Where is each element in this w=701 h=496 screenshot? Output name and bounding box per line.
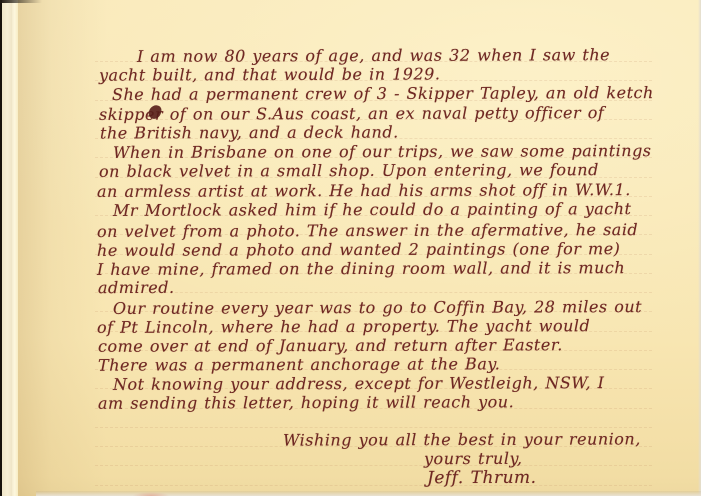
letter-line: I am now 80 years of age, and was 32 whe… <box>137 45 610 67</box>
letter-line: I have mine, framed on the dining room w… <box>97 258 625 280</box>
binding-fold-shadow <box>17 0 107 496</box>
letter-line: Wishing you all the best in your reunion… <box>283 429 641 450</box>
letter-line: Not knowing your address, except for Wes… <box>113 373 604 395</box>
page-stack-edge <box>2 0 12 496</box>
page-fold-highlight <box>12 0 18 496</box>
bottom-pink-smudge <box>128 491 174 496</box>
ruling-line <box>95 485 652 486</box>
letter-line: Jeff. Thrum. <box>427 468 537 488</box>
letter-line: on black velvet in a small shop. Upon en… <box>99 160 599 182</box>
letter-line: admired. <box>98 278 175 298</box>
scan-left-edge <box>0 0 2 496</box>
letter-line: yours truly, <box>424 449 522 469</box>
ruling-line <box>95 427 652 428</box>
letter-line: There was a permanent anchorage at the B… <box>98 354 500 375</box>
letter-line: yacht built, and that would be in 1929. <box>99 64 440 85</box>
letter-line: skipper of on our S.Aus coast, an ex nav… <box>99 103 604 125</box>
letter-line: She had a permanent crew of 3 - Skipper … <box>112 83 654 105</box>
ruling-line <box>95 465 652 466</box>
scan-top-edge <box>0 0 42 3</box>
letter-line: Mr Mortlock asked him if he could do a p… <box>113 199 632 221</box>
letter-line: am sending this letter, hoping it will r… <box>98 392 514 413</box>
letter-line: the British navy, and a deck hand. <box>100 122 399 143</box>
ruling-line <box>95 292 652 293</box>
scanned-letter-page: I am now 80 years of age, and was 32 whe… <box>0 0 701 496</box>
